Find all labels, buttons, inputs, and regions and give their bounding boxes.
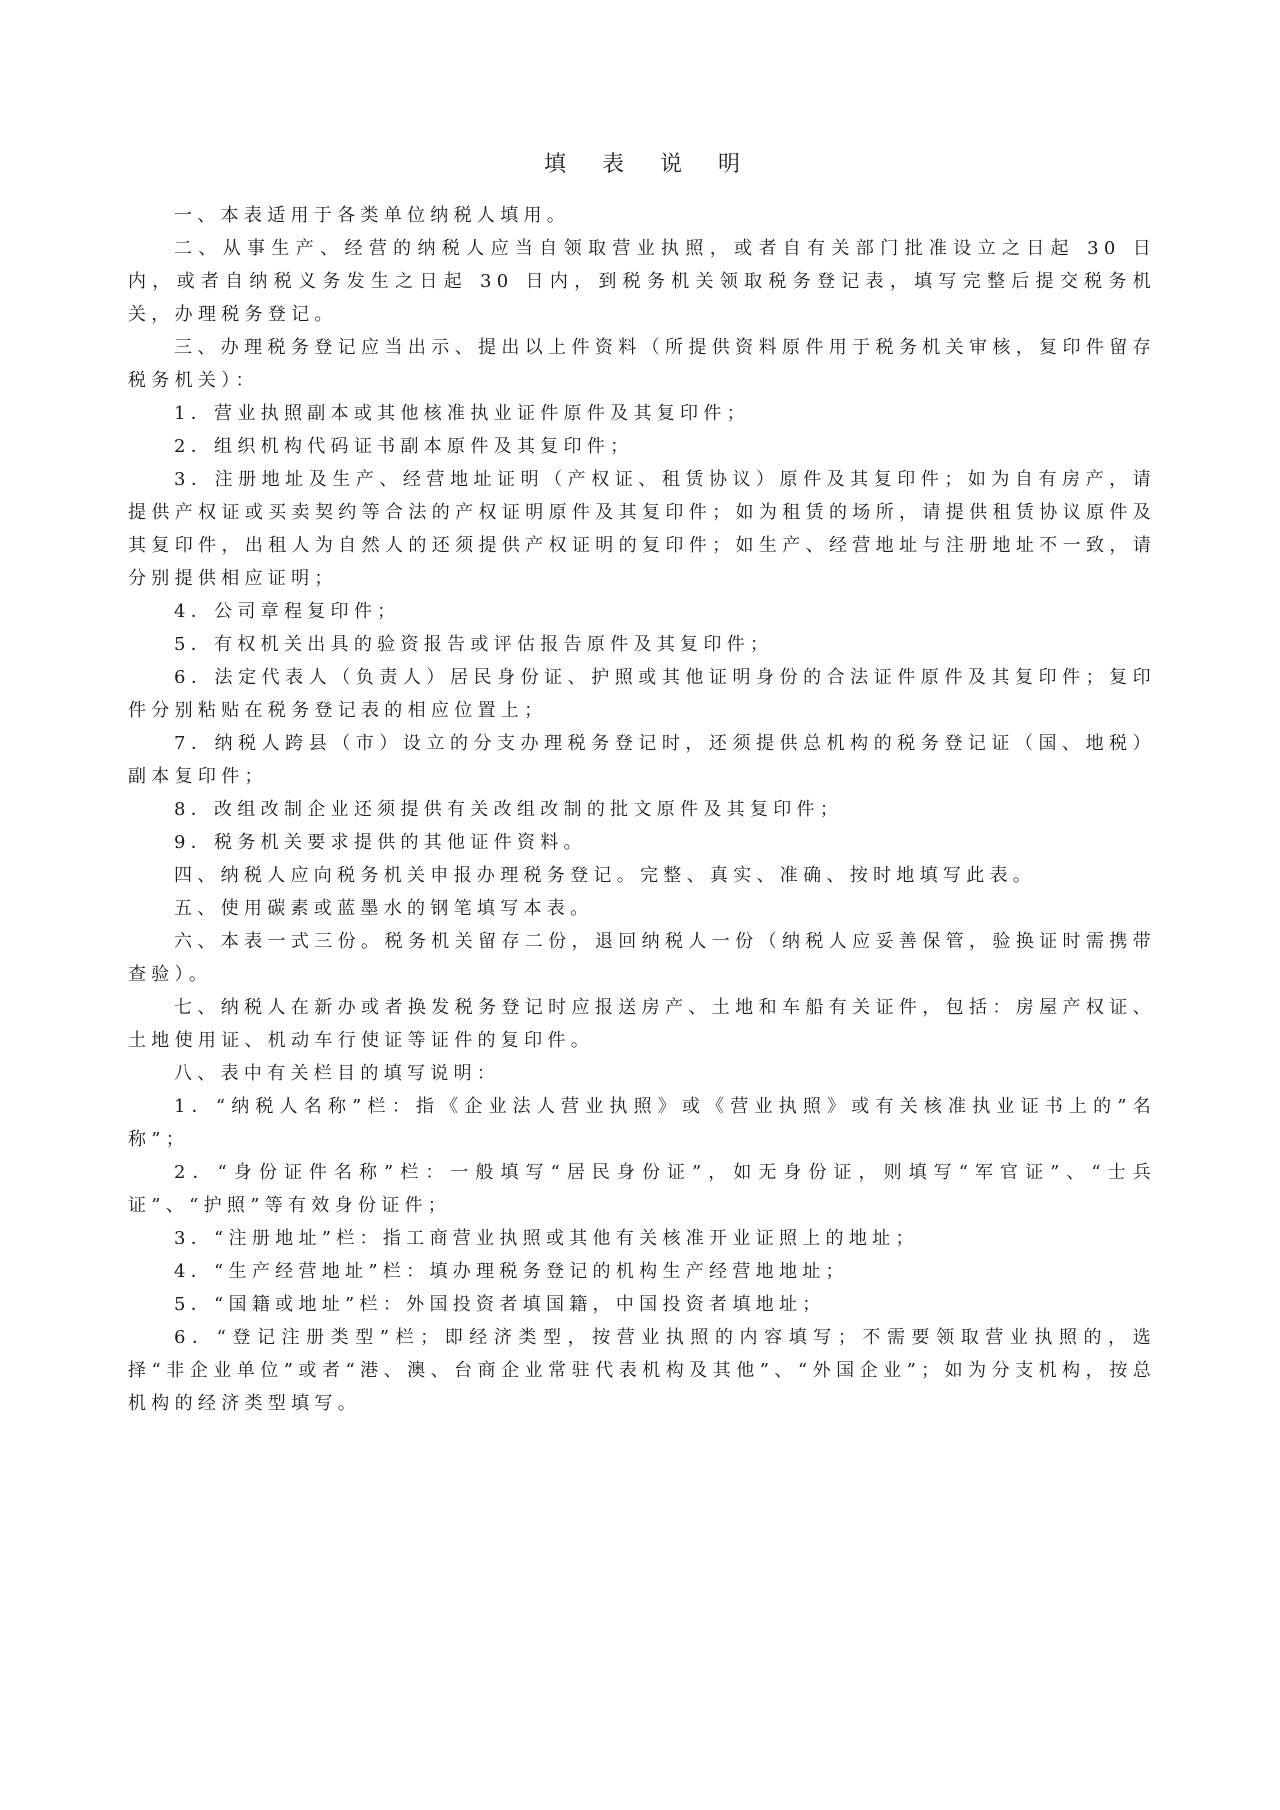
paragraph-4-declaration: 四、纳税人应向税务机关申报办理税务登记。完整、真实、准确、按时地填写此表。 <box>128 859 1156 892</box>
required-doc-item-6: 6．法定代表人（负责人）居民身份证、护照或其他证明身份的合法证件原件及其复印件；… <box>128 661 1156 727</box>
paragraph-3-required-documents: 三、办理税务登记应当出示、提出以上件资料（所提供资料原件用于税务机关审核，复印件… <box>128 331 1156 397</box>
required-doc-item-7: 7．纳税人跨县（市）设立的分支办理税务登记时，还须提供总机构的税务登记证（国、地… <box>128 727 1156 793</box>
required-doc-item-1: 1．营业执照副本或其他核准执业证件原件及其复印件； <box>128 397 1156 430</box>
field-instruction-item-1: 1．“纳税人名称”栏：指《企业法人营业执照》或《营业执照》或有关核准执业证书上的… <box>128 1090 1156 1156</box>
field-instruction-item-4: 4．“生产经营地址”栏：填办理税务登记的机构生产经营地地址； <box>128 1255 1156 1288</box>
document-title: 填表说明 <box>128 148 1156 182</box>
required-doc-item-5: 5．有权机关出具的验资报告或评估报告原件及其复印件； <box>128 628 1156 661</box>
paragraph-1-applicability: 一、本表适用于各类单位纳税人填用。 <box>128 199 1156 232</box>
required-doc-item-3: 3．注册地址及生产、经营地址证明（产权证、租赁协议）原件及其复印件；如为自有房产… <box>128 463 1156 595</box>
paragraph-7-property-documents: 七、纳税人在新办或者换发税务登记时应报送房产、土地和车船有关证件，包括：房屋产权… <box>128 991 1156 1057</box>
required-doc-item-2: 2．组织机构代码证书副本原件及其复印件； <box>128 430 1156 463</box>
field-instruction-item-2: 2．“身份证件名称”栏：一般填写“居民身份证”，如无身份证，则填写“军官证”、“… <box>128 1156 1156 1222</box>
required-doc-item-4: 4．公司章程复印件； <box>128 595 1156 628</box>
paragraph-5-ink: 五、使用碳素或蓝墨水的钢笔填写本表。 <box>128 892 1156 925</box>
field-instruction-item-6: 6．“登记注册类型”栏；即经济类型，按营业执照的内容填写；不需要领取营业执照的，… <box>128 1321 1156 1420</box>
required-doc-item-8: 8．改组改制企业还须提供有关改组改制的批文原件及其复印件； <box>128 793 1156 826</box>
paragraph-6-copies: 六、本表一式三份。税务机关留存二份，退回纳税人一份（纳税人应妥善保管，验换证时需… <box>128 925 1156 991</box>
field-instruction-item-3: 3．“注册地址”栏：指工商营业执照或其他有关核准开业证照上的地址； <box>128 1222 1156 1255</box>
paragraph-2-registration-deadline: 二、从事生产、经营的纳税人应当自领取营业执照，或者自有关部门批准设立之日起 30… <box>128 232 1156 331</box>
required-doc-item-9: 9．税务机关要求提供的其他证件资料。 <box>128 826 1156 859</box>
field-instruction-item-5: 5．“国籍或地址”栏：外国投资者填国籍，中国投资者填地址； <box>128 1288 1156 1321</box>
document-body: 一、本表适用于各类单位纳税人填用。 二、从事生产、经营的纳税人应当自领取营业执照… <box>128 199 1156 1420</box>
paragraph-8-field-instructions: 八、表中有关栏目的填写说明： <box>128 1057 1156 1090</box>
